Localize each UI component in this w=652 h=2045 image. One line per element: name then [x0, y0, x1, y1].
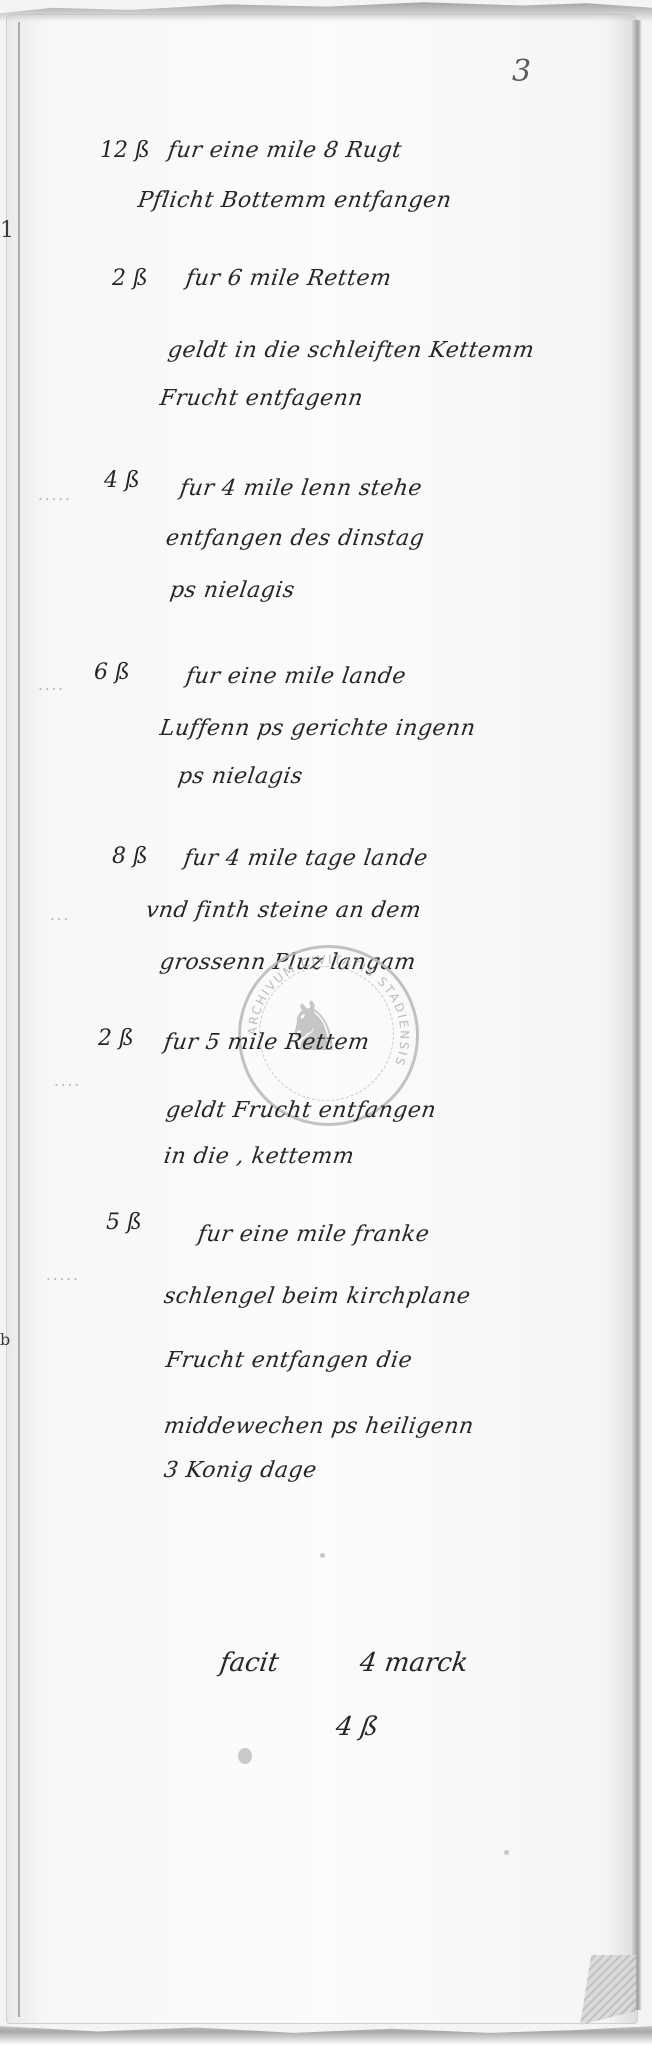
entry-line: geldt in die schleiften Kettemm: [166, 338, 536, 363]
entry-line: Frucht entfangen die: [164, 1348, 414, 1373]
right-page-edge: [632, 20, 642, 2010]
entry-amount: 5 ß: [106, 1210, 142, 1235]
entry-amount: 4 ß: [104, 468, 140, 493]
total-label: facit: [218, 1648, 281, 1678]
binding-line: [18, 22, 20, 2017]
entry-line: fur 4 mile lenn stehe: [178, 476, 423, 501]
margin-note: .....: [38, 486, 72, 504]
entry-line: fur eine mile lande: [184, 664, 407, 689]
margin-mark: b: [0, 1330, 10, 1349]
entry-line: fur eine mile franke: [196, 1222, 431, 1247]
entry-line: fur eine mile 8 Rugt: [166, 138, 403, 163]
margin-note: .....: [46, 1266, 80, 1284]
margin-mark: 1: [0, 218, 14, 243]
entry-line: fur 5 mile Rettem: [162, 1030, 371, 1055]
margin-note: ....: [38, 676, 65, 694]
entry-line: geldt Frucht entfangen: [164, 1098, 438, 1123]
entry-line: Luffenn ps gerichte ingenn: [158, 716, 477, 741]
entry-line: vnd finth steine an dem: [144, 898, 423, 923]
entry-amount: 12 ß: [100, 138, 150, 163]
ink-spot: [238, 1748, 252, 1764]
margin-note: ...: [50, 906, 70, 924]
entry-amount: 8 ß: [112, 844, 148, 869]
top-page-edge: [0, 0, 652, 22]
entry-line: ps nielagis: [176, 764, 304, 789]
ink-spot: [320, 1553, 325, 1558]
entry-line: entfangen des dinstag: [164, 526, 426, 551]
ink-spot: [504, 1850, 509, 1855]
total-value: 4 marck: [358, 1648, 470, 1678]
margin-note: ....: [54, 1072, 81, 1090]
entry-line: schlengel beim kirchplane: [162, 1284, 472, 1309]
entry-line: ps nielagis: [168, 578, 296, 603]
entry-amount: 6 ß: [94, 660, 130, 685]
entry-amount: 2 ß: [112, 266, 148, 291]
manuscript-page: 3 1 b 12 ß fur eine mile 8 Rugt Pflicht …: [0, 0, 652, 2045]
entry-line: middewechen ps heiligenn: [162, 1414, 475, 1439]
folio-number: 3: [512, 54, 531, 89]
entry-line: Frucht entfagenn: [158, 386, 365, 411]
entry-line: Pflicht Bottemm entfangen: [136, 188, 453, 213]
entry-line: 3 Konig dage: [162, 1458, 318, 1483]
entry-line: fur 4 mile tage lande: [182, 846, 429, 871]
total-sub-value: 4 ß: [334, 1712, 380, 1742]
entry-line: in die , kettemm: [162, 1144, 356, 1169]
entry-amount: 2 ß: [98, 1026, 134, 1051]
entry-line: fur 6 mile Rettem: [184, 266, 393, 291]
